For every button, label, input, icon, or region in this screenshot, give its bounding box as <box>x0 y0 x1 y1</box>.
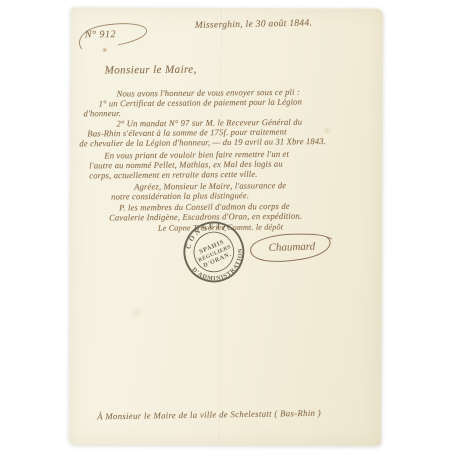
letter-line: 1° un Certificat de cessation de paiemen… <box>98 96 302 108</box>
reference-number: N° 912 <box>85 29 116 40</box>
letter-line: d'honneur. <box>83 108 121 118</box>
signature-flourish: Chaumard <box>245 224 338 275</box>
letter-page: N° 912 Misserghin, le 30 août 1844. Mons… <box>69 7 383 445</box>
dateline: Misserghin, le 30 août 1844. <box>195 19 312 31</box>
foxing-spot <box>322 126 332 134</box>
letter-line: notre considération la plus distinguée. <box>111 190 249 201</box>
signature-text: Chaumard <box>268 241 315 254</box>
letter-line: corps, actuellement en retraite dans cet… <box>89 169 257 181</box>
letter-line: de chevalier de la Légion d'honneur, — d… <box>79 136 326 148</box>
salutation: Monsieur le Maire, <box>105 64 197 77</box>
address-line: À Monsieur le Maire de la ville de Schel… <box>97 408 321 422</box>
foxing-spot <box>130 308 144 318</box>
